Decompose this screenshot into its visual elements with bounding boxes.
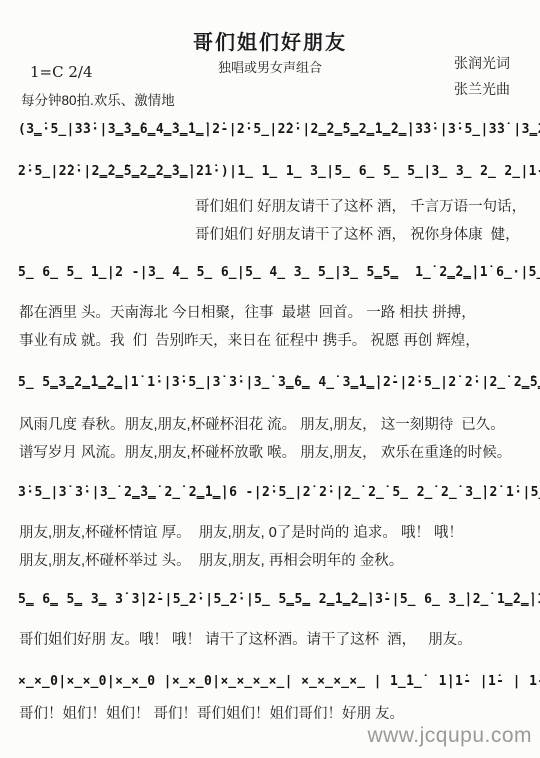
song-sheet: 哥们姐们好朋友 独唱或男女声组合 张润光词 张兰光曲 1=C 2/4 每分钟80… xyxy=(0,0,540,758)
notation-line-4: 5̲ 5̳3̳2̳̇1̳̇2̳̇|1̇ 1̇·|3̇·5̲|3̇ 3̇·|3̲̇… xyxy=(18,375,530,390)
lyric-line-3: 都在酒里 头。天南海北 今日相聚，往事 最堪 回首。 一路 相扶 拼搏， xyxy=(19,301,531,322)
lyric-line-4: 事业有成 就。我 们 告别昨天，来日在 征程中 携手。 祝愿 再创 辉煌， xyxy=(19,329,531,350)
tempo-marking: 每分钟80拍.欢乐、激情地 xyxy=(21,89,175,109)
lyric-line-1: 哥们姐们 好朋友请干了这杯 酒， 千言万语一句话， xyxy=(195,195,530,216)
notation-line-7: ×̲×̲0|×̲×̲0|×̲×̲0 |×̲×̲0|×̲×̲×̲×̲| ×̲×̲×… xyxy=(18,674,530,689)
notation-line-1: (3̳̇·5̲|3̇3̇·|3̳̇3̳̇6̳4̳̇3̳̇1̳̇|2̇-|2̇·5… xyxy=(18,122,530,137)
key-time-signature: 1=C 2/4 xyxy=(30,63,93,81)
lyric-line-10: 哥们！姐们！姐们！ 哥们！哥们姐们！姐们哥们！好朋 友。 xyxy=(19,702,531,723)
lyric-line-2: 哥们姐们 好朋友请干了这杯 酒， 祝你身体康 健， xyxy=(195,223,530,244)
lyric-line-8: 朋友,朋友,杯碰杯举过 头。 朋友,朋友, 再相会明年的 金秋。 xyxy=(19,549,531,570)
notation-line-3: 5̲ 6̲ 5̲ 1̲|2 -|3̲ 4̲ 5̲ 6̲|5̲ 4̲ 3̲ 5̲|… xyxy=(18,265,530,280)
song-title: 哥们姐们好朋友 xyxy=(0,26,540,55)
lyric-line-7: 朋友,朋友,杯碰杯情谊 厚。 朋友,朋友, 0了是时尚的 追求。 哦！ 哦！ xyxy=(19,521,531,542)
lyric-line-6: 谱写岁月 风流。朋友,朋友,杯碰杯放歌 喉。 朋友,朋友， 欢乐在重逢的时候。 xyxy=(19,441,531,462)
lyricist-credit: 张润光词 xyxy=(454,53,510,73)
lyric-line-5: 风雨几度 春秋。朋友,朋友,杯碰杯泪花 流。 朋友,朋友， 这一刻期待 已久。 xyxy=(19,413,531,434)
site-watermark: www.jcqupu.com xyxy=(367,724,532,748)
notation-line-5: 3̇·5̲|3̇ 3̇·|3̲̇ 2̳̇3̳̇ 2̲̇ 2̳̇1̳̇|6 -|2… xyxy=(18,485,530,500)
notation-line-6: 5̳ 6̳ 5̳ 3̳ 3̇ 3̇|2̇-|5̲2̇·|5̲2̇·|5̲ 5̳5… xyxy=(18,592,530,607)
composer-credit: 张兰光曲 xyxy=(454,79,510,99)
lyric-line-9: 哥们姐们好朋 友。哦！ 哦！ 请干了这杯酒。请干了这杯 酒， 朋友。 xyxy=(19,628,531,649)
notation-line-2: 2̇·5̲|2̇2̇·|2̳̇2̳̇5̳2̳̇2̳̇3̳̇|2̇1̇·)|1̲ … xyxy=(18,164,530,179)
